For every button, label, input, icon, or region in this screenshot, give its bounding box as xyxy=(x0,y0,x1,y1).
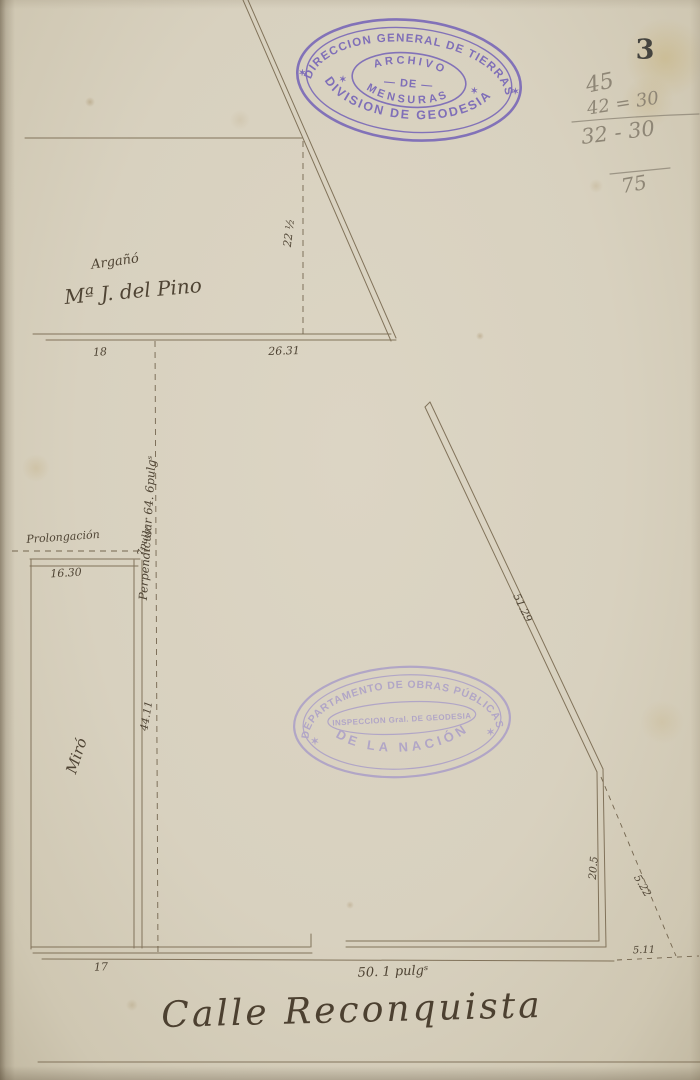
measure-22-half: 22 ½ xyxy=(282,218,296,247)
page-number: 3 xyxy=(636,37,655,64)
main-parcel-right-lower-line-b xyxy=(603,769,606,947)
public-works-oval-stamp: DEPARTAMENTO DE OBRAS PÚBLICAS INSPECCIO… xyxy=(283,650,522,794)
measure-18: 18 xyxy=(93,346,108,358)
star-icon: ✶ xyxy=(310,736,319,747)
perpendicular-dashed-line xyxy=(155,341,158,957)
measure-5-11: 5.11 xyxy=(633,946,656,957)
star-icon: ✶ xyxy=(470,85,478,96)
measure-17: 17 xyxy=(94,961,108,972)
archive-oval-stamp: DIRECCION GENERAL DE TIERRAS DIVISION DE… xyxy=(285,0,532,160)
star-icon: ✶ xyxy=(511,86,519,97)
survey-line-drawing xyxy=(0,0,700,1080)
svg-text:ARCHIVO: ARCHIVO xyxy=(371,52,449,77)
measure-50-1pulg: 50. 1 pulgˢ xyxy=(357,964,428,979)
measure-16-30: 16.30 xyxy=(50,567,82,580)
star-icon: ✶ xyxy=(339,74,347,85)
scanned-survey-page: 3 45 42 = 30 32 - 30 75 Argañó Mª J. del… xyxy=(0,0,700,1080)
measure-26-31: 26.31 xyxy=(268,345,300,357)
pencil-note-4: 75 xyxy=(620,172,649,196)
street-edge-line xyxy=(42,959,614,961)
measure-20-5: 20.5 xyxy=(588,856,600,880)
street-name-label: Calle Reconquista xyxy=(161,988,543,1034)
stamp-text-inspeccion: INSPECCION Gral. DE GEODESIA xyxy=(332,711,472,727)
stamp-text-archivo: ARCHIVO xyxy=(371,52,449,77)
dashed-street-extension xyxy=(617,956,699,960)
star-icon: ✶ xyxy=(486,727,495,738)
stamp-text-de: — DE — xyxy=(384,76,434,92)
pencil-note-1: 45 xyxy=(584,70,616,97)
dashed-boundary-5-22 xyxy=(601,777,676,956)
main-parcel-right-diagonal-cap xyxy=(425,402,430,407)
star-icon: ✶ xyxy=(298,67,306,78)
